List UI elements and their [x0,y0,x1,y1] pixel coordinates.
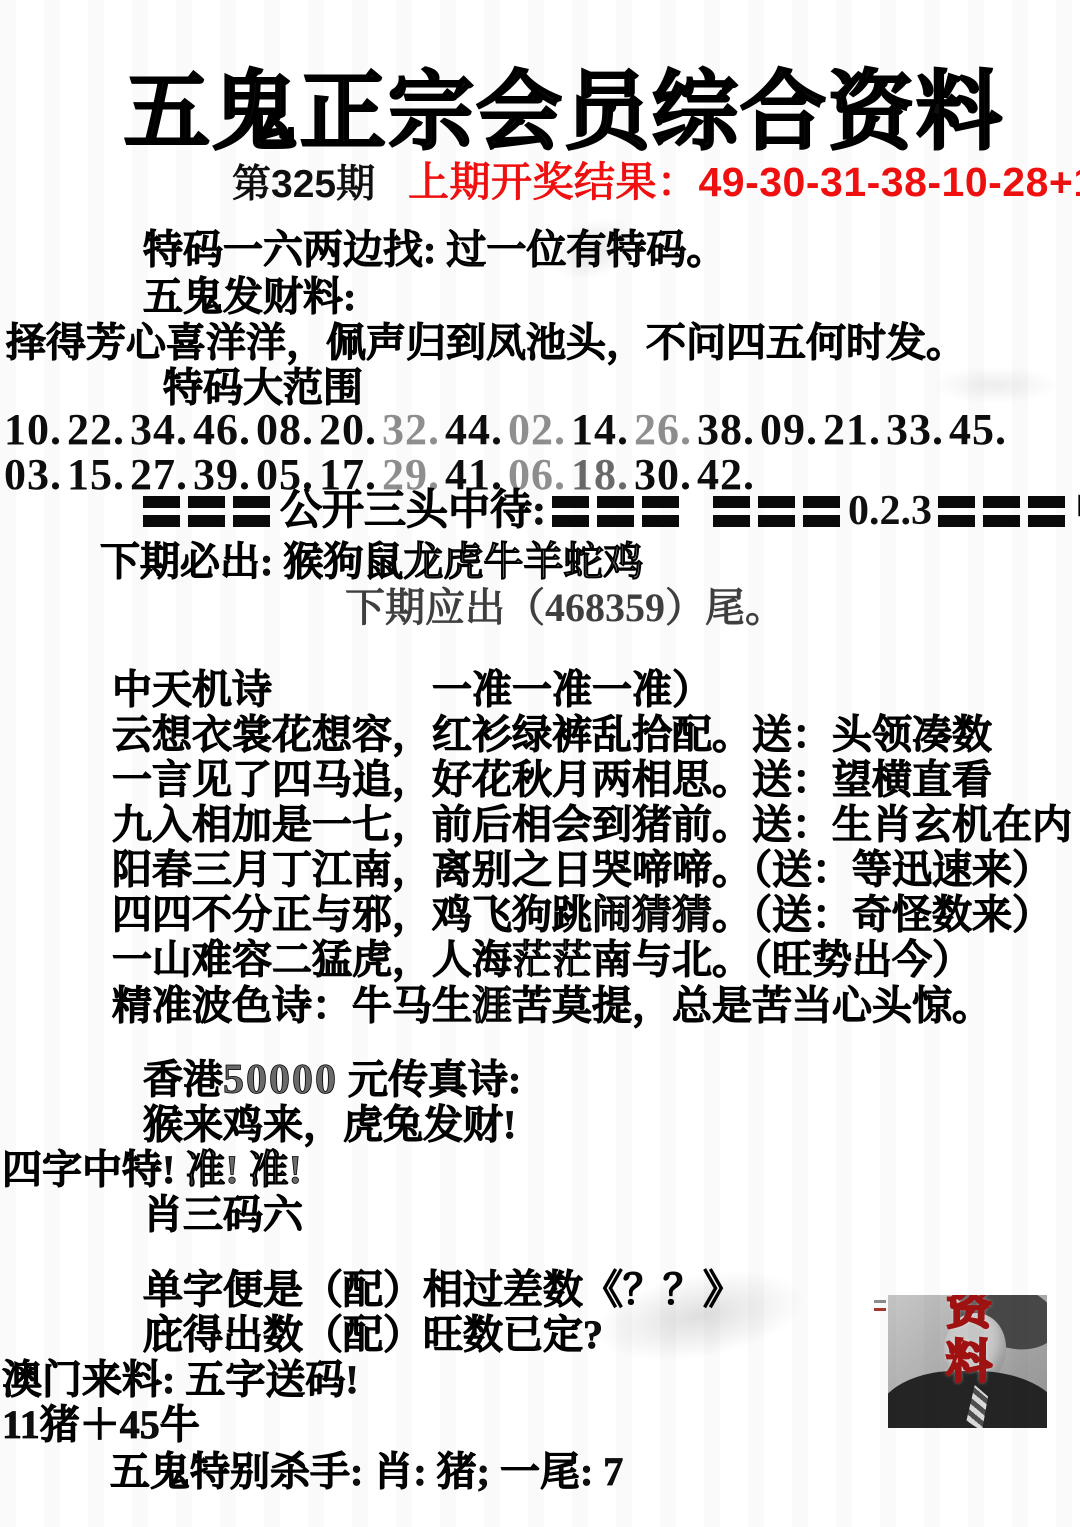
double-bar-icon [188,496,225,527]
range-number: 33. [886,406,944,454]
scan-artifact-marks [874,1300,886,1316]
fortune-poem-line: 择得芳心喜洋洋，佩声归到凤池头，不问四五何时发。 [6,321,966,364]
single-char-line: 单字便是（配）相过差数《？？》 [143,1268,743,1311]
poem-line-1: 云想衣裳花想容，红衫绿裤乱拾配。送：头领凑数 [112,713,992,756]
bars-group [143,496,278,527]
hk-fax-title: 香港50000 元传真诗: [143,1058,521,1103]
heads-digits: 0.2.3 [848,489,932,534]
double-bar-icon [983,496,1020,527]
double-bar-icon [938,496,975,527]
wave-text: 精准波色诗：牛马生 [112,983,472,1028]
wave-text-gray: 涯 [472,983,512,1028]
poem-text: 阳春三月丁江南，离别之日哭啼啼。（送：等迅速来） [112,847,1052,892]
range-number: 26. [634,406,692,454]
bars-gap [687,511,713,512]
issue-row: 第325期 [232,162,375,206]
last-draw-result: 上期开奖结果：49-30-31-38-10-28+15 [408,159,1080,205]
number-range-row-1: 10.22.34.46.08.20.32.44.02.14.26.38.09.2… [4,406,1012,454]
zodiac-three-codes-line: 肖三码六 [143,1193,303,1236]
poem-text-gray: 闹猜猜 [592,892,712,937]
poem-text: 。（送：奇怪数来） [712,892,1052,937]
next-must-label: 下期必出: [100,539,273,584]
bars-group [713,496,848,527]
poem-line-5: 四四不分正与邪，鸡飞狗跳闹猜猜。（送：奇怪数来） [112,893,1052,936]
four-char-label: 四字中特! [2,1147,185,1192]
hk-fax-suffix: 元传真诗: [348,1057,521,1102]
wave-text: 苦莫提，总是苦当心头惊。 [512,983,992,1028]
code-pair-line: 11猪＋45牛 [2,1403,200,1446]
range-number: 20. [319,406,377,454]
range-number: 15. [67,451,125,499]
shelter-line: 庇得出数（配）旺数已定? [143,1313,603,1356]
range-title: 特码大范围 [163,366,363,409]
special-code-hint-label: 特码一六两边找: [143,227,436,272]
range-number: 21. [823,406,881,454]
heads-tail: 中 [1075,489,1080,534]
fortune-material-label: 五鬼发财料: [143,275,356,318]
double-bar-icon [713,496,750,527]
poem-text: 云想衣裳花想容，红衫绿裤乱拾配。送：头领凑数 [112,712,992,757]
sky-poem-title: 中天机诗 [112,668,272,711]
poem-line-4: 阳春三月丁江南，离别之日哭啼啼。（送：等迅速来） [112,848,1052,891]
range-number: 46. [193,406,251,454]
double-bar-icon [233,496,270,527]
poem-text: 一山难容二猛虎，人海 [112,937,512,982]
double-bar-icon [1028,496,1065,527]
heads-label: 公开三头中待: [280,489,546,534]
range-number: 10. [4,406,62,454]
last-draw-row: 上期开奖结果：49-30-31-38-10-28+15 [408,160,1080,204]
range-number: 03. [4,451,62,499]
poem-text: 南与北。（旺势出今） [592,937,972,982]
double-bar-icon [642,496,679,527]
range-number: 09. [760,406,818,454]
heads-bars-line: 公开三头中待: 0.2.3 中 [143,489,1080,534]
scan-smudge [930,366,1060,404]
double-bar-icon [597,496,634,527]
wave-color-line: 精准波色诗：牛马生涯苦莫提，总是苦当心头惊。 [112,984,992,1027]
sky-poem-note: 一准一准一准） [432,668,712,711]
range-number: 02. [508,406,566,454]
bars-group [552,496,687,527]
poem-line-3: 九入相加是一七，前后相会到猪前。送：生肖玄机在内 [112,803,1072,846]
tipster-photo: 资料 [888,1295,1047,1428]
four-char-line: 四字中特! 准! 准! [2,1148,302,1191]
range-number: 34. [130,406,188,454]
poem-text: 九入相加是一七，前后相会到猪前。送：生肖玄机在内 [112,802,1072,847]
next-must-zodiac-light: 牛羊蛇鸡 [483,539,643,584]
next-must-line: 下期必出: 猴狗鼠龙虎牛羊蛇鸡 [100,540,643,583]
four-char-accuracy: 准! 准! [185,1147,302,1192]
next-must-zodiac-dark: 猴狗鼠 [283,539,403,584]
next-should-line: 下期应出（468359）尾。 [345,586,785,629]
issue-number: 第325期 [232,163,375,206]
photo-watermark: 资料 [932,1295,998,1391]
poem-text: 一言见了四马追，好花秋月两相思。送：望横直看 [112,757,992,802]
hk-fax-poem: 猴来鸡来，虎兔发财! [143,1103,516,1146]
poem-line-6: 一山难容二猛虎，人海茫茫南与北。（旺势出今） [112,938,972,981]
poem-text: 四四不分正与邪，鸡飞狗跳 [112,892,592,937]
next-must-zodiac-mid: 龙虎 [403,539,483,584]
double-bar-icon [803,496,840,527]
double-bar-icon [552,496,589,527]
range-number: 44. [445,406,503,454]
range-number: 08. [256,406,314,454]
range-number: 14. [571,406,629,454]
bars-group [938,496,1073,527]
poem-line-2: 一言见了四马追，好花秋月两相思。送：望横直看 [112,758,992,801]
range-number: 45. [949,406,1007,454]
leaflet-page: 五鬼正宗会员综合资料 第325期 上期开奖结果：49-30-31-38-10-2… [0,0,1080,1527]
double-bar-icon [143,496,180,527]
range-number: 22. [67,406,125,454]
special-killer-line: 五鬼特别杀手: 肖: 猪; 一尾: 7 [110,1450,623,1493]
hk-fax-prefix: 香港 [143,1057,223,1102]
double-bar-icon [758,496,795,527]
macau-material-line: 澳门来料: 五字送码! [2,1358,359,1401]
range-number: 38. [697,406,755,454]
range-number: 32. [382,406,440,454]
special-code-hint-line: 特码一六两边找: 过一位有特码。 [143,228,726,271]
hk-fax-amount: 50000 [223,1057,338,1103]
page-title: 五鬼正宗会员综合资料 [0,42,1080,166]
poem-text-gray: 茫茫 [512,937,592,982]
special-code-hint-value: 过一位有特码。 [446,227,726,272]
